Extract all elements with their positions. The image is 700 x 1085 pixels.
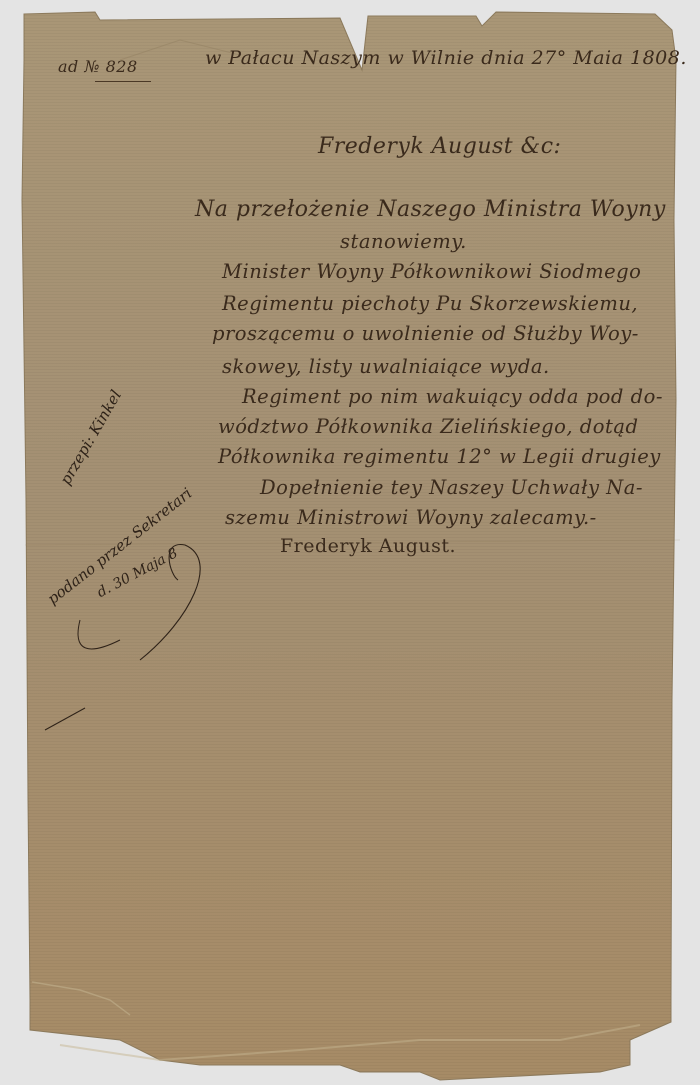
body-line: Na przełożenie Naszego Ministra Woyny [195,197,666,222]
body-line: Dopełnienie tey Naszey Uchwały Na- [260,476,643,499]
manuscript-document: ad № 828 w Pałacu Naszym w Wilnie dnia 2… [0,0,700,1085]
body-line: stanowiemy. [340,230,467,253]
body-line: szemu Ministrowi Woyny zalecamy.- [225,506,597,529]
signature: Frederyk August. [280,535,456,557]
body-line: Regimentu piechoty Pu Skorzewskiemu, [222,292,638,315]
reference-underline [95,81,151,82]
place-date-line: w Pałacu Naszym w Wilnie dnia 27° Maia 1… [205,47,687,69]
body-line: wództwo Półkownika Zielińskiego, dotąd [218,415,638,438]
body-line: Półkownika regimentu 12° w Legii drugiey [218,445,661,468]
body-line: skowey, listy uwalniaiące wyda. [222,355,550,378]
body-line: proszącemu o uwolnienie od Służby Woy- [212,322,639,345]
issuer-heading: Frederyk August &c: [318,134,561,159]
reference-number: ad № 828 [58,57,138,76]
body-line: Regiment po nim wakuiący odda pod do- [242,385,663,408]
body-line: Minister Woyny Półkownikowi Siodmego [222,260,641,283]
